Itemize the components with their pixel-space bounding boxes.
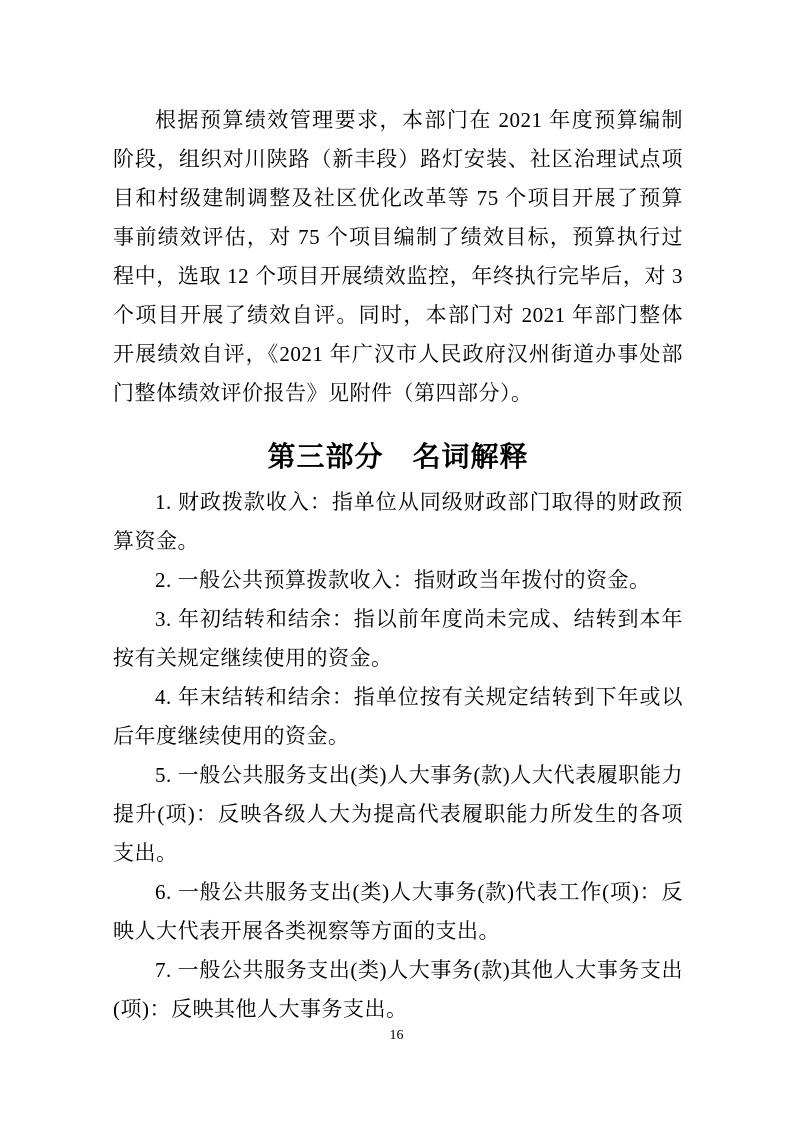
intro-paragraph: 根据预算绩效管理要求，本部门在 2021 年度预算编制阶段，组织对川陕路（新丰段…	[113, 101, 683, 413]
glossary-item-4: 4. 年末结转和结余：指单位按有关规定结转到下年或以后年度继续使用的资金。	[113, 678, 683, 756]
page-number: 16	[0, 1028, 793, 1044]
glossary-item-5: 5. 一般公共服务支出(类)人大事务(款)人大代表履职能力提升(项)：反映各级人…	[113, 756, 683, 873]
glossary-item-2: 2. 一般公共预算拨款收入：指财政当年拨付的资金。	[113, 561, 683, 600]
glossary-item-1: 1. 财政拨款收入：指单位从同级财政部门取得的财政预算资金。	[113, 483, 683, 561]
glossary-item-6: 6. 一般公共服务支出(类)人大事务(款)代表工作(项)：反映人大代表开展各类视…	[113, 873, 683, 951]
document-page: 根据预算绩效管理要求，本部门在 2021 年度预算编制阶段，组织对川陕路（新丰段…	[0, 0, 793, 1122]
glossary-item-3: 3. 年初结转和结余：指以前年度尚未完成、结转到本年按有关规定继续使用的资金。	[113, 600, 683, 678]
glossary-item-7: 7. 一般公共服务支出(类)人大事务(款)其他人大事务支出(项)：反映其他人大事…	[113, 951, 683, 1029]
section-heading: 第三部分 名词解释	[113, 437, 683, 477]
page-content: 根据预算绩效管理要求，本部门在 2021 年度预算编制阶段，组织对川陕路（新丰段…	[113, 101, 683, 1029]
